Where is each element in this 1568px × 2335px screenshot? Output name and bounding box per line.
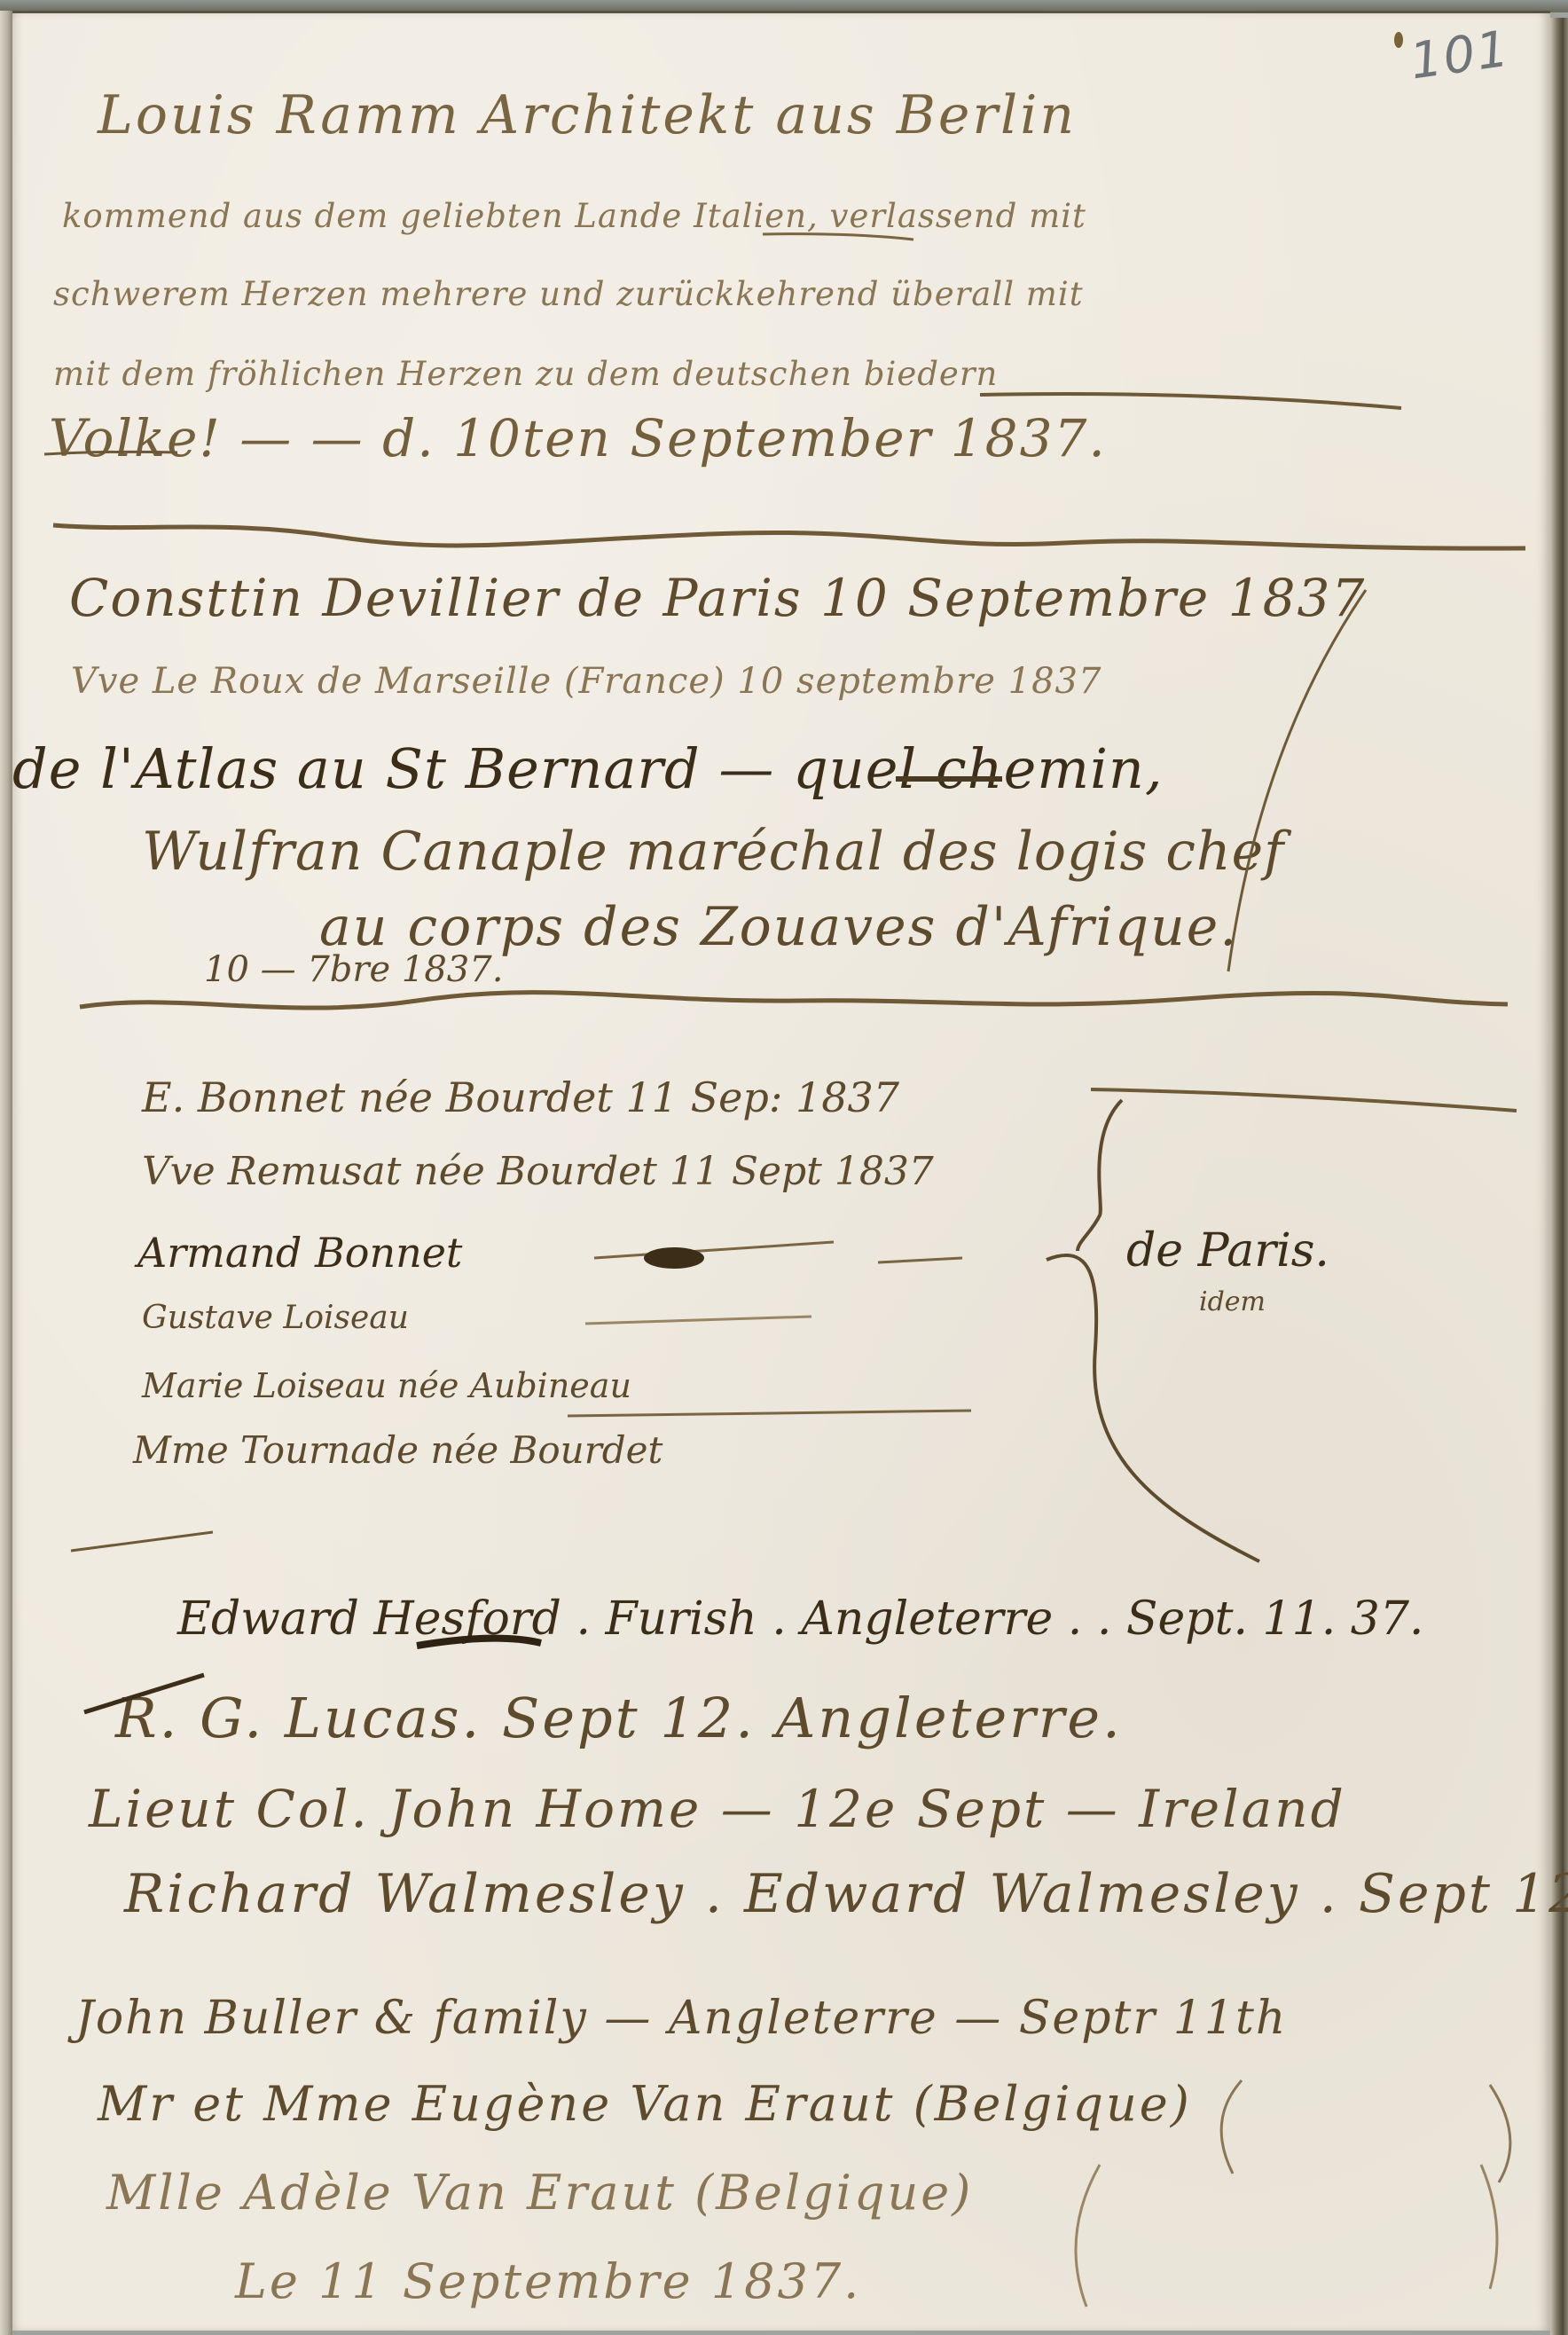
entry-line: Volke! — — d. 10ten September 1837. <box>49 408 1107 468</box>
entry-line: R. G. Lucas. Sept 12. Angleterre. <box>115 1686 1123 1750</box>
entry-line: de l'Atlas au St Bernard — quel chemin, <box>12 736 1164 801</box>
entry-line: schwerem Herzen mehrere und zurückkehren… <box>53 275 1084 313</box>
entry-line: Marie Loiseau née Aubineau <box>142 1366 631 1405</box>
ink-spot <box>1394 32 1403 48</box>
adjacent-page-edge <box>0 11 12 2335</box>
entry-line: Lieut Col. John Home — 12e Sept — Irelan… <box>89 1779 1346 1839</box>
entry-line: Gustave Loiseau <box>142 1300 409 1336</box>
entry-line: Wulfran Canaple maréchal des logis chef <box>142 821 1284 883</box>
entry-line: Mr et Mme Eugène Van Eraut (Belgique) <box>98 2076 1192 2132</box>
entry-line: mit dem fröhlichen Herzen zu dem deutsch… <box>53 355 998 393</box>
entry-line: E. Bonnet née Bourdet 11 Sep: 1837 <box>142 1073 899 1121</box>
entry-line: Richard Walmesley . Edward Walmesley . S… <box>124 1863 1568 1925</box>
entry-line: Consttin Devillier de Paris 10 Septembre… <box>69 568 1366 628</box>
book-fore-edge <box>1550 18 1568 2335</box>
entry-line: Vve Remusat née Bourdet 11 Sept 1837 <box>142 1149 934 1194</box>
entry-line: Louis Ramm Architekt aus Berlin <box>98 84 1077 146</box>
bracket-subnote: idem <box>1199 1286 1266 1317</box>
entry-line: John Buller & family — Angleterre — Sept… <box>75 1992 1287 2045</box>
entry-line: Armand Bonnet <box>137 1229 462 1277</box>
entry-line: 10 — 7bre 1837. <box>204 949 503 990</box>
entry-line: Mme Tournade née Bourdet <box>133 1428 662 1472</box>
entry-line: Edward Hesford . Furish . Angleterre . .… <box>177 1592 1423 1646</box>
entry-line: Vve Le Roux de Marseille (France) 10 sep… <box>71 661 1102 702</box>
entry-line: kommend aus dem geliebten Lande Italien,… <box>62 197 1086 235</box>
entry-line: Mlle Adèle Van Eraut (Belgique) <box>106 2165 973 2221</box>
entry-line: Le 11 Septembre 1837. <box>235 2253 861 2309</box>
bracket-note: de Paris. <box>1126 1224 1329 1278</box>
